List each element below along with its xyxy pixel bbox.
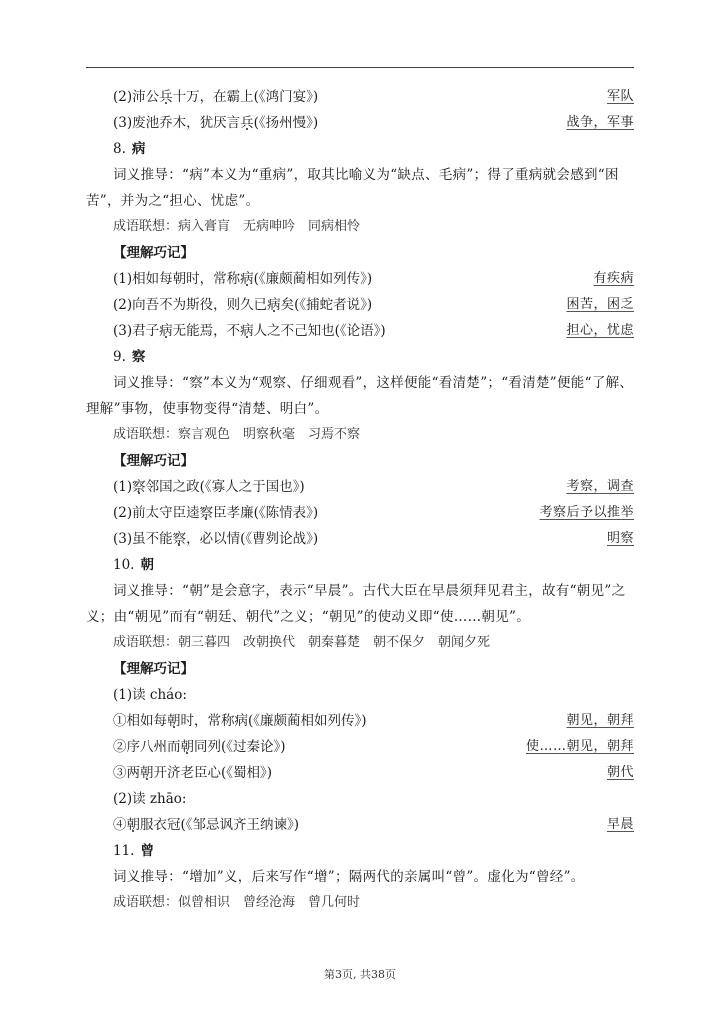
answer: 明察 <box>607 526 634 552</box>
example-sentence: (3)君子病无能焉，不病人之不己知也(《论语》) <box>113 318 386 344</box>
example-row: ②序八州而朝同列(《过秦论》) 使……朝见，朝拜 <box>86 734 634 760</box>
etymology-paragraph: 词义推导：“察”本义为“观察、仔细观看”，这样便能“看清楚”；“看清楚”便能“了… <box>86 370 634 422</box>
example-sentence: ④朝服衣冠(《邹忌讽齐王纳谏》) <box>113 812 299 838</box>
example-sentence: ③两朝开济老臣心(《蜀相》) <box>113 760 272 786</box>
answer: 朝见，朝拜 <box>566 708 634 734</box>
example-row: (3)虽不能察，必以情(《曹刿论战》) 明察 <box>86 526 634 552</box>
idiom-line: 成语联想：察言观色 明察秋毫 习焉不察 <box>86 422 634 448</box>
example-row: (2)沛公兵十万，在霸上(《鸿门宴》) 军队 <box>86 84 634 110</box>
entry-heading-11: 11.曾 <box>86 838 634 864</box>
example-sentence: ②序八州而朝同列(《过秦论》) <box>113 734 286 760</box>
header-rule <box>86 67 634 68</box>
document-body: (2)沛公兵十万，在霸上(《鸿门宴》) 军队 (3)废池乔木，犹厌言兵(《扬州慢… <box>86 84 634 916</box>
reading-label: (2)读 zhāo: <box>86 786 634 812</box>
example-sentence: (1)察邻国之政(《寡人之于国也》) <box>113 474 305 500</box>
etymology-paragraph: 词义推导：“病”本义为“重病”，取其比喻义为“缺点、毛病”；得了重病就会感到“困… <box>86 162 634 214</box>
answer: 考察，调查 <box>566 474 634 500</box>
answer: 朝代 <box>607 760 634 786</box>
example-sentence: (1)相如每朝时，常称病(《廉颇蔺相如列传》) <box>113 266 372 292</box>
section-heading: 【理解巧记】 <box>86 656 634 682</box>
idiom-line: 成语联想：朝三暮四 改朝换代 朝秦暮楚 朝不保夕 朝闻夕死 <box>86 630 634 656</box>
example-row: ①相如每朝时，常称病(《廉颇蔺相如列传》) 朝见，朝拜 <box>86 708 634 734</box>
reading-label: (1)读 cháo: <box>86 682 634 708</box>
answer: 军队 <box>607 84 634 110</box>
answer: 使……朝见，朝拜 <box>526 734 634 760</box>
answer: 考察后予以推举 <box>539 500 634 526</box>
idiom-line: 成语联想：似曾相识 曾经沧海 曾几何时 <box>86 890 634 916</box>
answer: 战争，军事 <box>566 110 634 136</box>
example-sentence: ①相如每朝时，常称病(《廉颇蔺相如列传》) <box>113 708 367 734</box>
example-sentence: (2)前太守臣逵察臣孝廉(《陈情表》) <box>113 500 318 526</box>
idiom-line: 成语联想：病入膏肓 无病呻吟 同病相怜 <box>86 214 634 240</box>
section-heading: 【理解巧记】 <box>86 240 634 266</box>
answer: 困苦，困乏 <box>566 292 634 318</box>
example-sentence: (3)虽不能察，必以情(《曹刿论战》) <box>113 526 318 552</box>
example-row: (2)前太守臣逵察臣孝廉(《陈情表》) 考察后予以推举 <box>86 500 634 526</box>
answer: 担心，忧虑 <box>566 318 634 344</box>
answer: 有疾病 <box>593 266 634 292</box>
example-sentence: (3)废池乔木，犹厌言兵(《扬州慢》) <box>113 110 318 136</box>
page-footer: 第3页, 共38页 <box>0 966 720 982</box>
entry-heading-8: 8.病 <box>86 136 634 162</box>
example-row: (1)相如每朝时，常称病(《廉颇蔺相如列传》) 有疾病 <box>86 266 634 292</box>
example-row: (3)废池乔木，犹厌言兵(《扬州慢》) 战争，军事 <box>86 110 634 136</box>
entry-heading-9: 9.察 <box>86 344 634 370</box>
example-row: (3)君子病无能焉，不病人之不己知也(《论语》) 担心，忧虑 <box>86 318 634 344</box>
example-row: (2)向吾不为斯役，则久已病矣(《捕蛇者说》) 困苦，困乏 <box>86 292 634 318</box>
example-row: ③两朝开济老臣心(《蜀相》) 朝代 <box>86 760 634 786</box>
example-sentence: (2)沛公兵十万，在霸上(《鸿门宴》) <box>113 84 318 110</box>
etymology-paragraph: 词义推导：“朝”是会意字，表示“早晨”。古代大臣在早晨须拜见君主，故有“朝见”之… <box>86 578 634 630</box>
example-sentence: (2)向吾不为斯役，则久已病矣(《捕蛇者说》) <box>113 292 372 318</box>
etymology-paragraph: 词义推导：“增加”义，后来写作“增”；隔两代的亲属叫“曾”。虚化为“曾经”。 <box>86 864 634 890</box>
example-row: (1)察邻国之政(《寡人之于国也》) 考察，调查 <box>86 474 634 500</box>
answer: 早晨 <box>607 812 634 838</box>
entry-heading-10: 10.朝 <box>86 552 634 578</box>
section-heading: 【理解巧记】 <box>86 448 634 474</box>
example-row: ④朝服衣冠(《邹忌讽齐王纳谏》) 早晨 <box>86 812 634 838</box>
